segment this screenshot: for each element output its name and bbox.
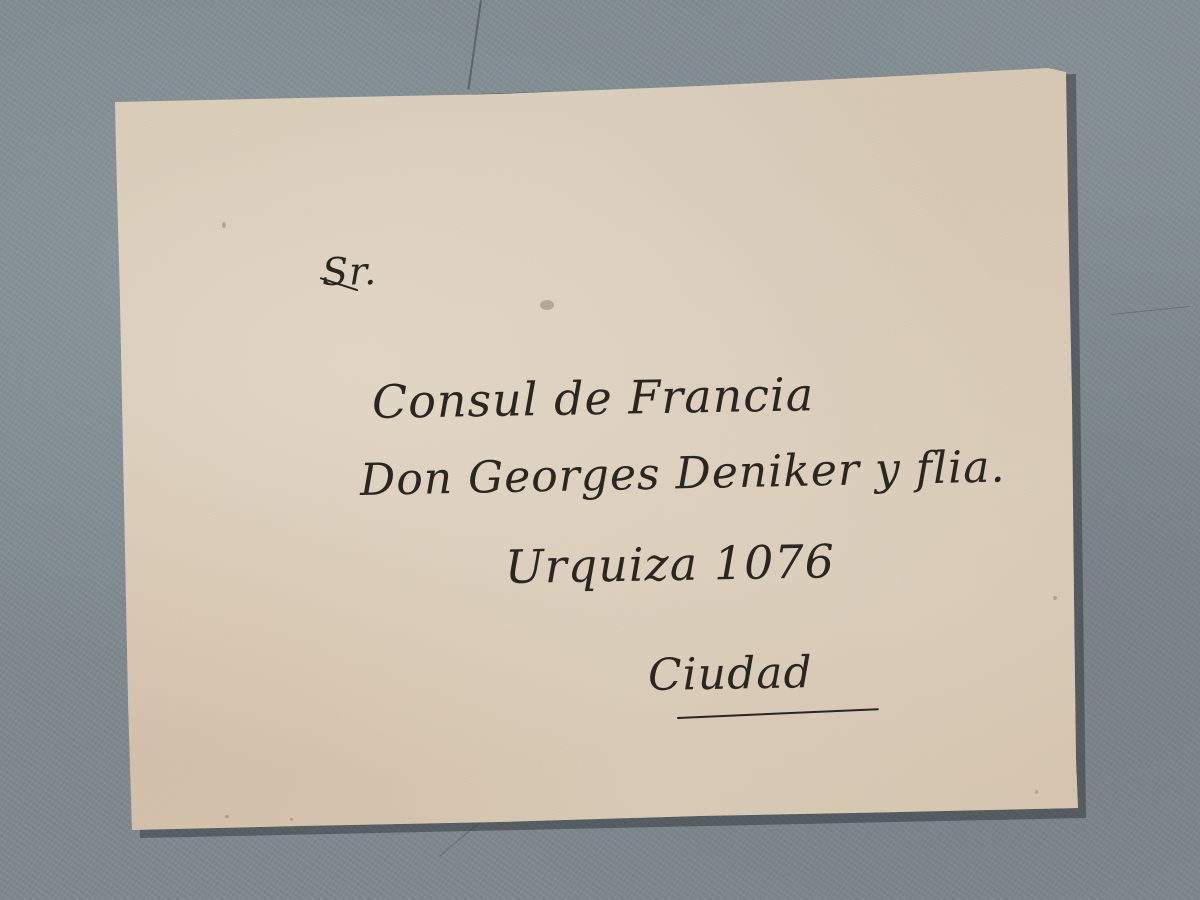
paper-stain	[290, 818, 293, 821]
address-title: Consul de Francia	[372, 367, 815, 429]
paper-stain	[222, 222, 226, 228]
surface-crack	[467, 0, 482, 89]
paper-stain	[1053, 596, 1057, 600]
surface-scratch	[1110, 306, 1190, 315]
paper-stain	[540, 300, 554, 310]
paper-stain	[225, 815, 229, 818]
paper-stain	[1035, 790, 1038, 794]
address-street: Urquiza 1076	[505, 534, 836, 594]
address-city: Ciudad	[648, 647, 814, 701]
